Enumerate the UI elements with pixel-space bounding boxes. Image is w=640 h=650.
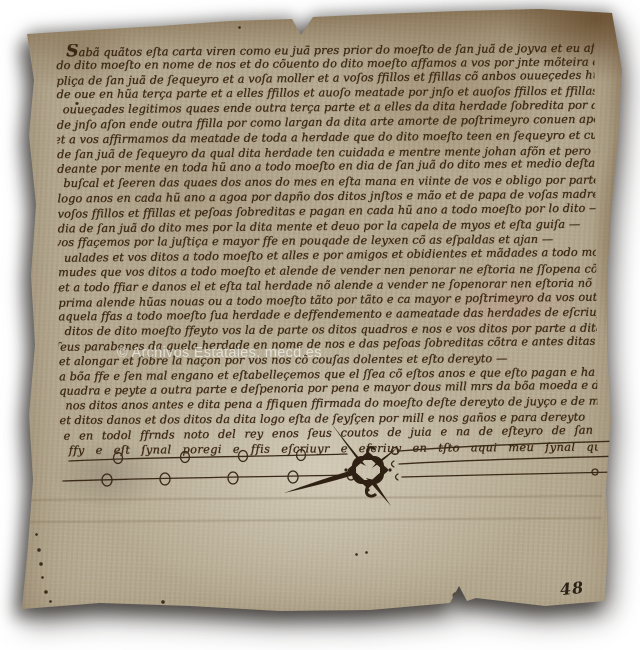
manuscript-text-block: Sabã quãtos eſta carta viren como eu juã… [56,40,598,475]
wormhole [37,548,41,552]
stain-speck [355,553,358,556]
wormhole [49,600,52,603]
wormhole [44,590,48,594]
stain-speck [452,592,461,599]
wormhole [39,562,43,566]
scanned-document-page: Sabã quãtos eſta carta viren como eu juã… [0,0,640,650]
crease-line [30,517,602,523]
stain-speck [161,600,165,604]
signature-rule-lines-left [63,450,355,487]
folio-number: 48 [559,578,585,600]
stain-speck [365,551,368,554]
notarial-knot-icon [284,423,398,506]
stain-speck [238,26,241,29]
wormhole [41,576,44,579]
notarial-sign [55,415,625,510]
wormhole [35,533,38,536]
parchment-shadow-wrap: Sabã quãtos eſta carta viren como eu juã… [0,0,640,650]
signature-rule-lines-right [392,441,622,480]
stain-speck [75,102,79,105]
parchment-sheet: Sabã quãtos eſta carta viren como eu juã… [0,0,640,650]
archive-watermark: © Archivos Estatales, mecd.es [117,344,322,362]
